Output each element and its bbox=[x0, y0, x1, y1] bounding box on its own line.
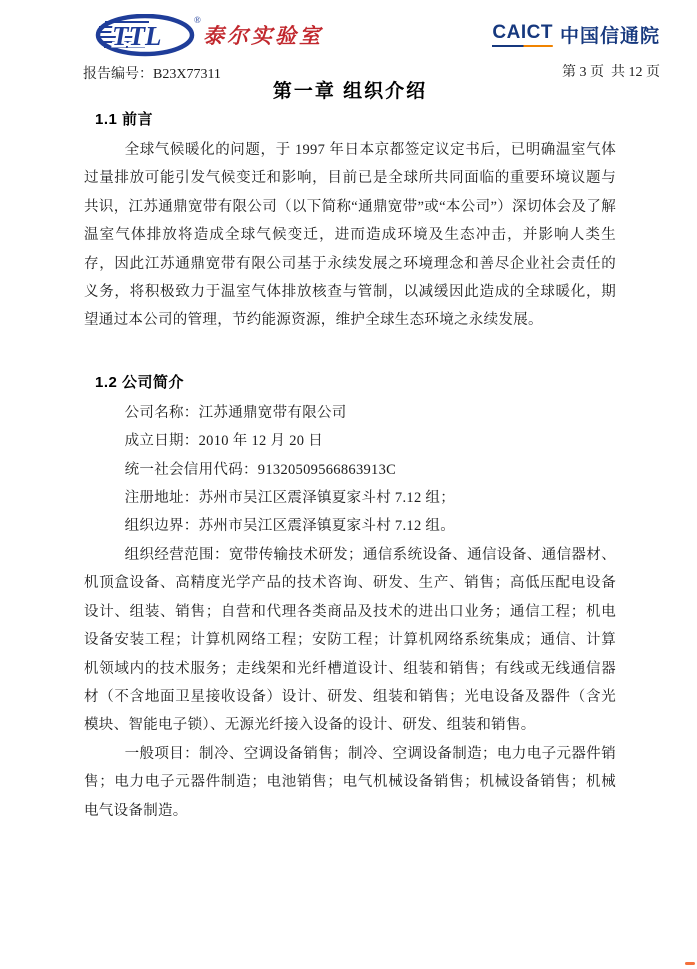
document-content: 第一章 组织介绍 1.1 前言 全球气候暖化的问题，于 1997 年日本京都签定… bbox=[84, 80, 616, 825]
org-boundary-line: 组织边界：苏州市吴江区震泽镇夏家斗村 7.12 组。 bbox=[84, 512, 616, 540]
ttl-logo-text: TTL bbox=[112, 21, 161, 51]
ttl-logo-chinese-text: 泰尔实验室 bbox=[203, 26, 323, 47]
section-1-2-heading: 1.2 公司简介 bbox=[95, 371, 616, 395]
general-projects-paragraph: 一般项目：制冷、空调设备销售；制冷、空调设备制造；电力电子元器件销售；电力电子元… bbox=[84, 740, 616, 825]
corner-artifact-mark bbox=[685, 962, 695, 965]
founding-date-line: 成立日期：2010 年 12 月 20 日 bbox=[84, 427, 616, 455]
ttl-globe-icon: TTL ® bbox=[95, 14, 207, 58]
company-name-line: 公司名称：江苏通鼎宽带有限公司 bbox=[84, 399, 616, 427]
caict-logo-en-text: CAICT bbox=[492, 22, 553, 47]
ttl-logo: TTL ® 泰尔实验室 bbox=[95, 14, 323, 58]
page-indicator: 第 3 页 共 12 页 bbox=[492, 61, 660, 81]
registered-mark-icon: ® bbox=[194, 15, 201, 25]
header-left: TTL ® 泰尔实验室 报告编号：B23X77311 bbox=[83, 14, 323, 83]
business-scope-paragraph: 组织经营范围：宽带传输技术研发；通信系统设备、通信设备、通信器材、机顶盒设备、高… bbox=[84, 541, 616, 740]
chapter-title: 第一章 组织介绍 bbox=[84, 80, 616, 104]
credit-code-line: 统一社会信用代码：91320509566863913C bbox=[84, 456, 616, 484]
header-right: CAICT 中国信通院 第 3 页 共 12 页 bbox=[492, 21, 660, 81]
caict-logo: CAICT 中国信通院 bbox=[492, 21, 660, 48]
section-1-1-heading: 1.1 前言 bbox=[95, 108, 616, 132]
caict-logo-cn-text: 中国信通院 bbox=[560, 21, 660, 48]
document-page: TTL ® 泰尔实验室 报告编号：B23X77311 CAICT 中国信通院 第… bbox=[0, 0, 697, 969]
foreword-paragraph: 全球气候暖化的问题，于 1997 年日本京都签定议定书后，已明确温室气体过量排放… bbox=[84, 136, 616, 335]
registered-address-line: 注册地址：苏州市吴江区震泽镇夏家斗村 7.12 组； bbox=[84, 484, 616, 512]
